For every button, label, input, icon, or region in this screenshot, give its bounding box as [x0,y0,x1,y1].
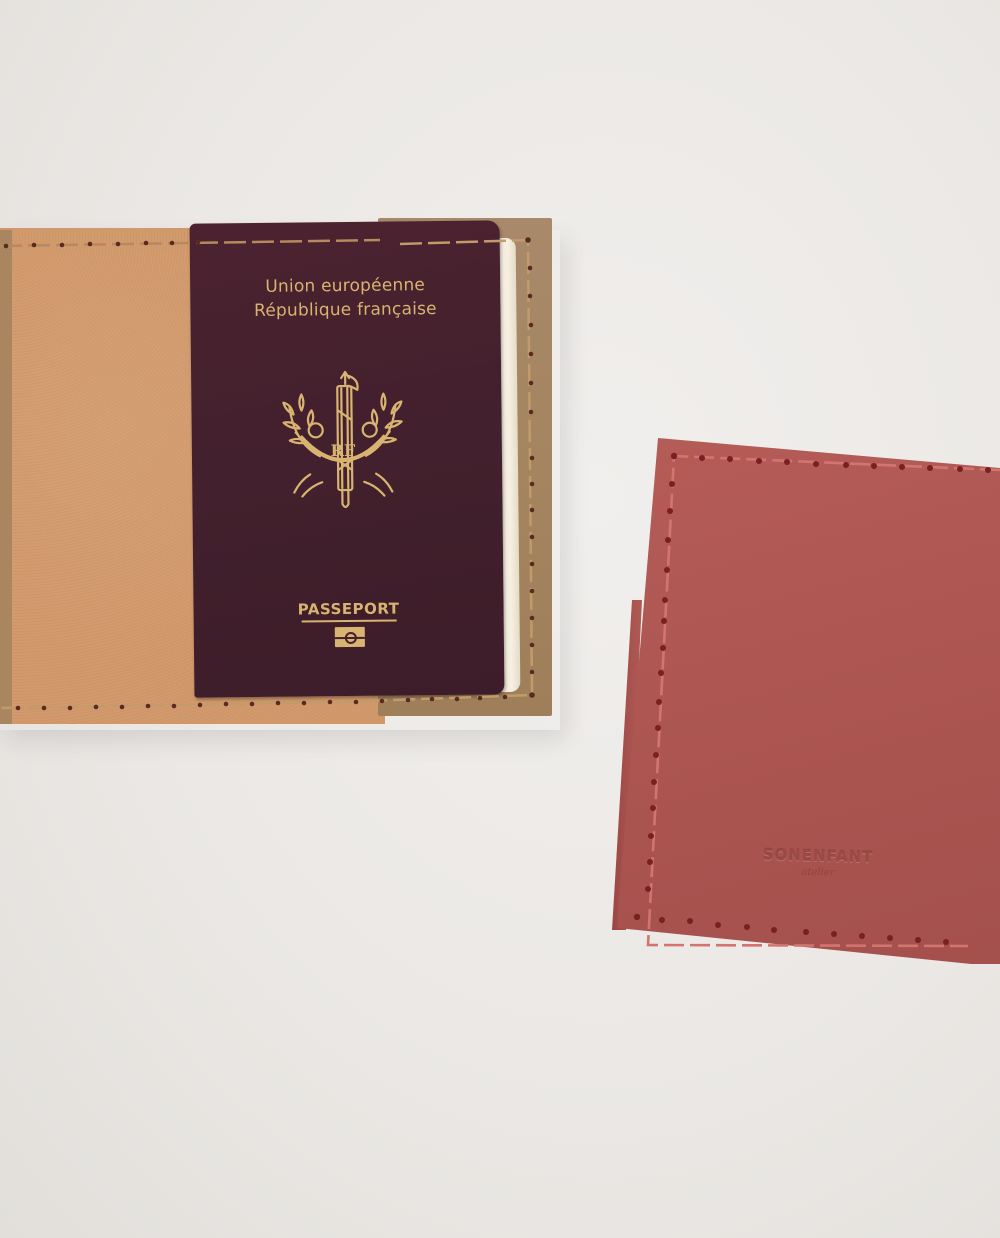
svg-text:RF: RF [330,441,355,460]
passport-title: PASSEPORT [193,598,503,619]
passport: Union européenne République française [190,220,505,697]
closed-wallet [618,438,1000,964]
brand-subtitle: atelier [798,866,838,878]
brand-logo: SONENFANT [748,845,888,867]
french-coat-of-arms-icon: RF [279,369,407,520]
passport-title-underline [302,619,397,622]
passport-union-text: Union européenne [190,274,500,297]
open-wallet-left-edge [0,230,12,724]
product-photo: Union européenne République française [0,0,1000,1238]
biometric-chip-icon [335,627,365,647]
passport-republic-text: République française [190,298,500,321]
